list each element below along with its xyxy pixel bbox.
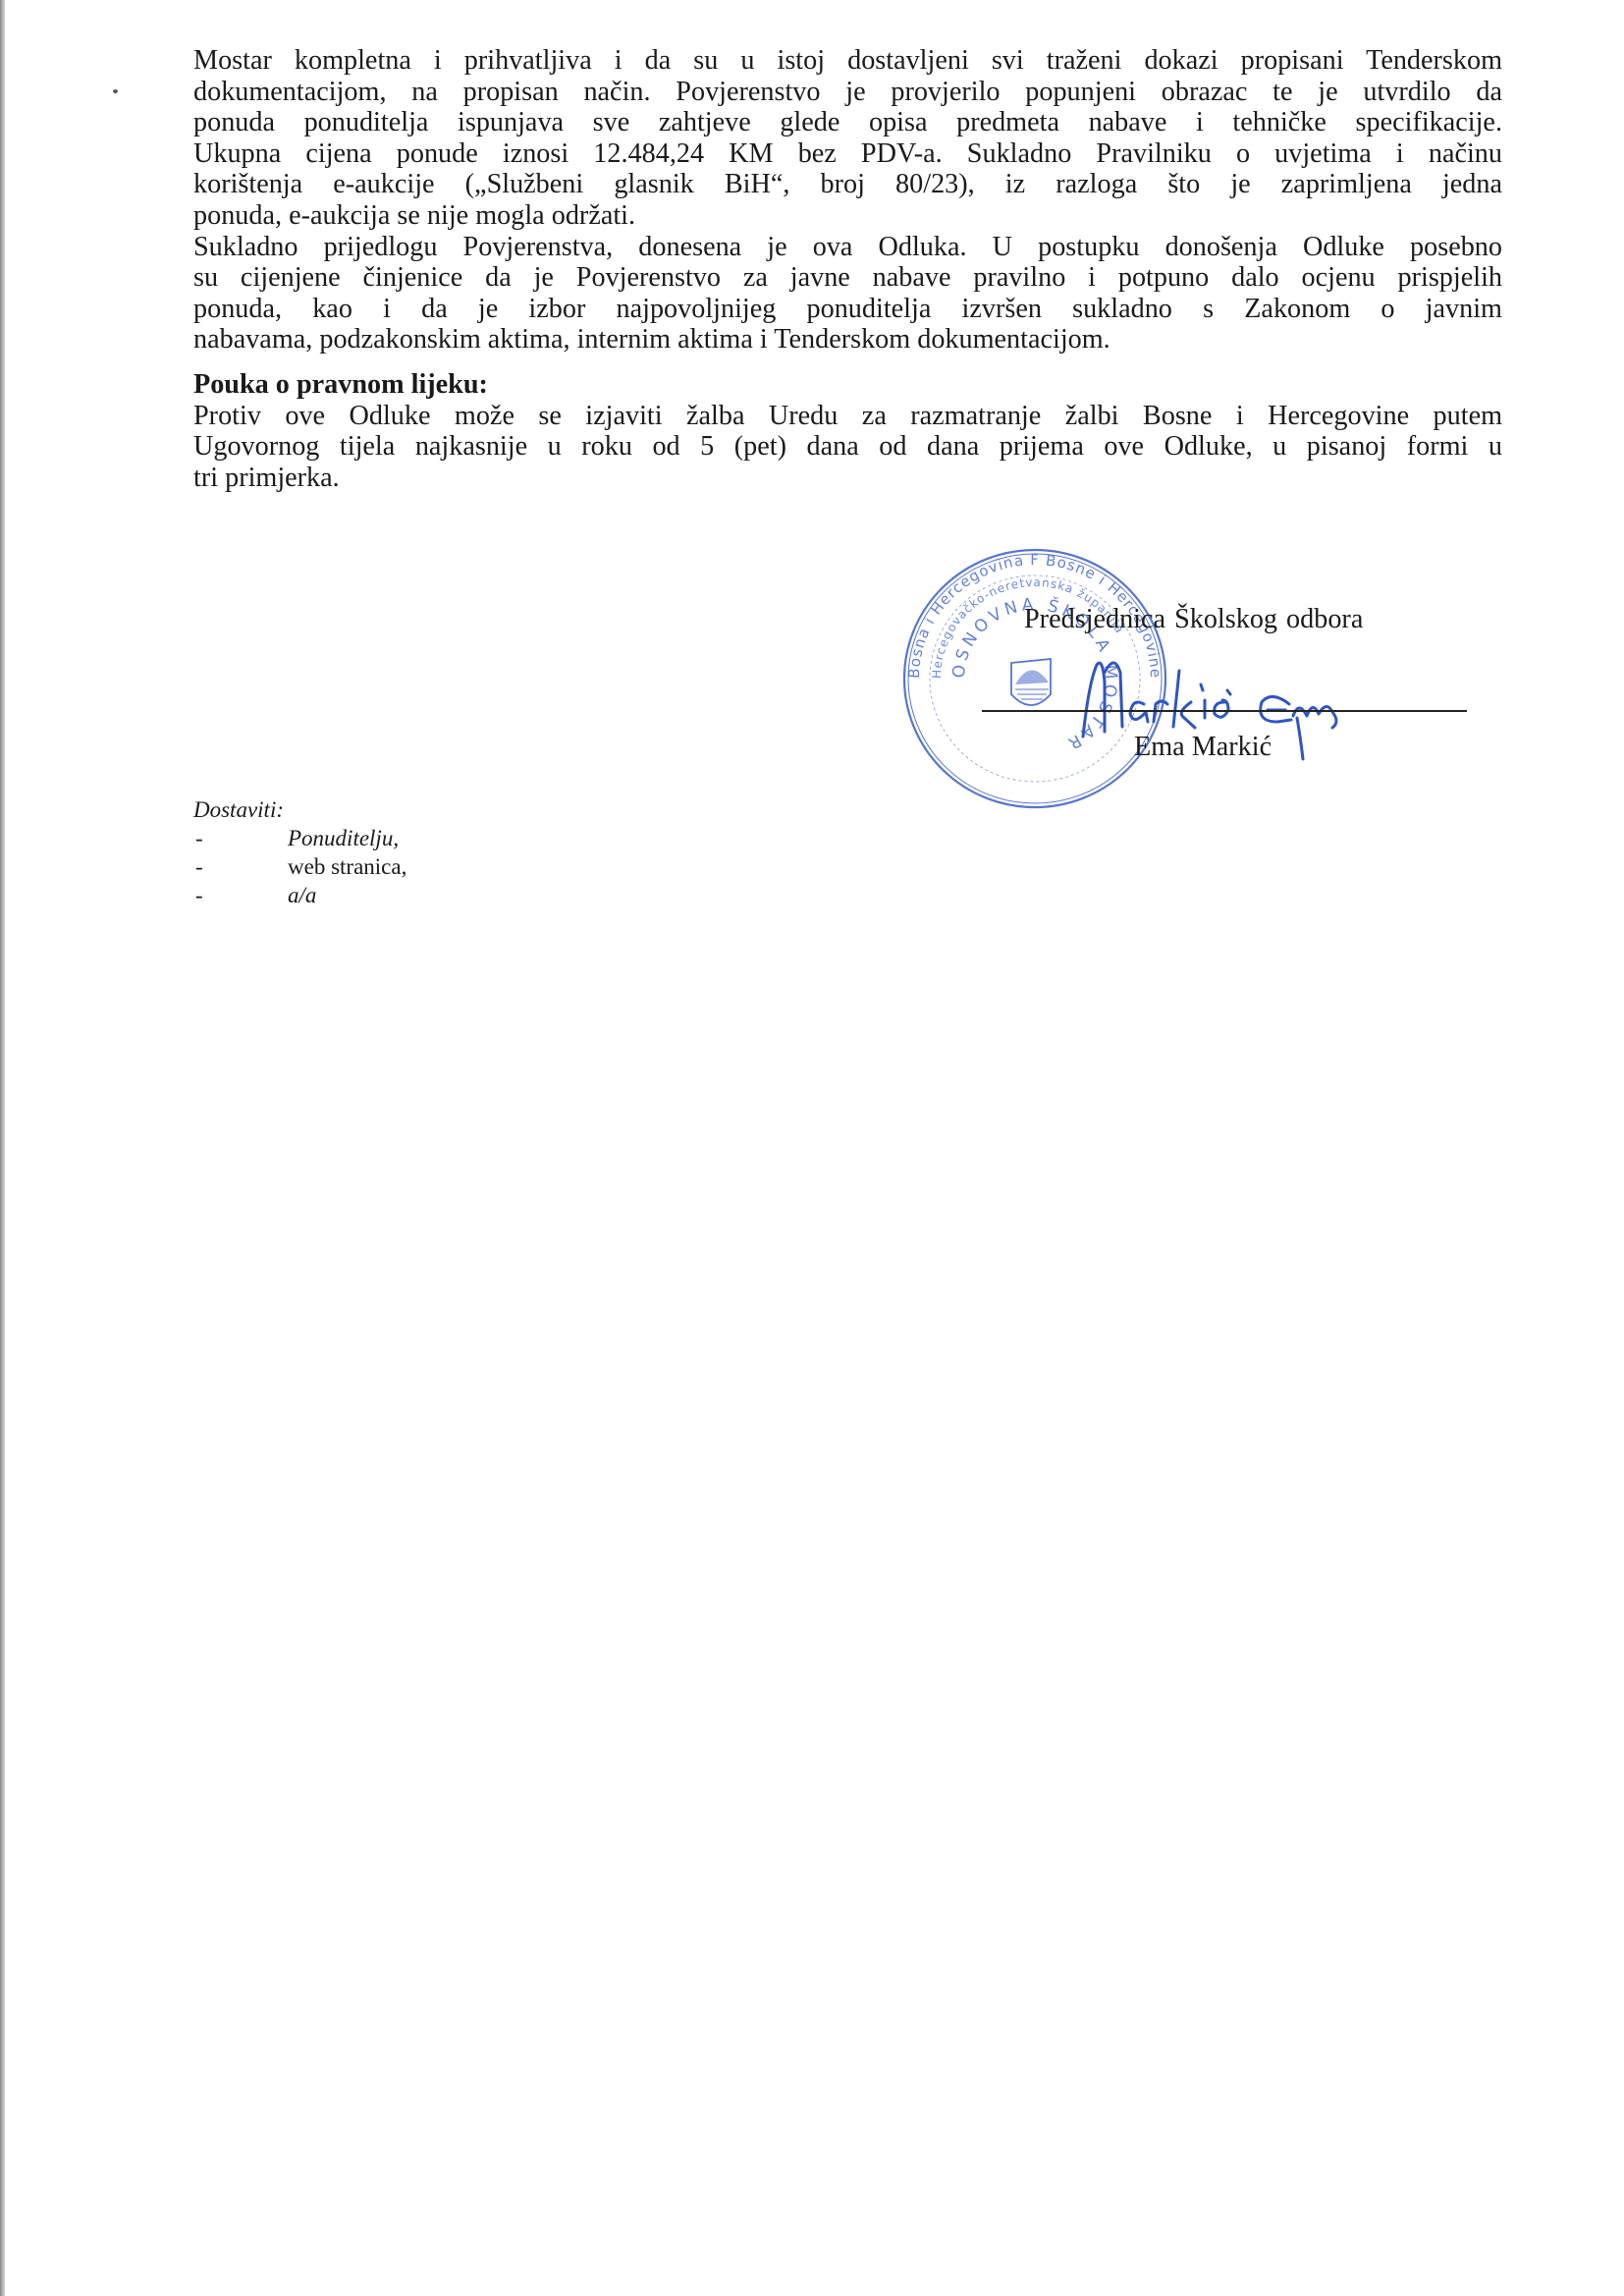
text-line: su cijenjene činjenice da je Povjerenstv…	[193, 262, 1502, 294]
text-line: korištenja e-aukcije („Službeni glasnik …	[193, 169, 1502, 200]
text-line: Mostar kompletna i prihvatljiva i da su …	[193, 45, 1502, 77]
list-bullet: -	[195, 852, 203, 881]
delivery-item-label: a/a	[288, 881, 316, 909]
scan-edge-shadow	[0, 0, 5, 2296]
text-line: ponuda ponuditelja ispunjava sve zahtjev…	[193, 107, 1502, 138]
delivery-item-label: web stranica,	[288, 852, 406, 881]
text-line: ponuda, kao i da je izbor najpovoljnijeg…	[193, 294, 1502, 325]
legal-remedy-section: Pouka o pravnom lijeku: Protiv ove Odluk…	[193, 369, 1502, 493]
signatory-name: Ema Markić	[1134, 732, 1272, 763]
text-line: ponuda, e-aukcija se nije mogla održati.	[193, 200, 1502, 232]
delivery-list: Dostaviti: - Ponuditelju, - web stranica…	[193, 795, 284, 909]
text-line: Protiv ove Odluke može se izjaviti žalba…	[193, 401, 1502, 432]
delivery-item-label: Ponuditelju,	[288, 824, 399, 852]
delivery-title: Dostaviti:	[193, 795, 284, 824]
text-line: Ugovornog tijela najkasnije u roku od 5 …	[193, 431, 1502, 463]
text-line: dokumentacijom, na propisan način. Povje…	[193, 77, 1502, 108]
legal-remedy-heading: Pouka o pravnom lijeku:	[193, 369, 1502, 401]
text-line: tri primjerka.	[193, 463, 1502, 494]
list-bullet: -	[195, 824, 203, 852]
delivery-item: - web stranica,	[193, 852, 284, 881]
list-bullet: -	[195, 881, 203, 909]
delivery-item: - a/a	[193, 881, 284, 909]
paragraph-offer-evaluation: Mostar kompletna i prihvatljiva i da su …	[193, 45, 1502, 232]
document-body: Mostar kompletna i prihvatljiva i da su …	[193, 45, 1502, 493]
text-line: Ukupna cijena ponude iznosi 12.484,24 KM…	[193, 138, 1502, 170]
coat-of-arms-icon	[1011, 659, 1051, 705]
signature-line	[982, 710, 1467, 712]
signatory-title: Predsjednica Školskog odbora	[1024, 604, 1363, 635]
text-line: Sukladno prijedlogu Povjerenstva, donese…	[193, 232, 1502, 263]
delivery-item: - Ponuditelju,	[193, 824, 284, 852]
scan-speck	[113, 89, 118, 93]
text-line: nabavama, podzakonskim aktima, internim …	[193, 324, 1502, 355]
paragraph-decision-basis: Sukladno prijedlogu Povjerenstva, donese…	[193, 232, 1502, 355]
